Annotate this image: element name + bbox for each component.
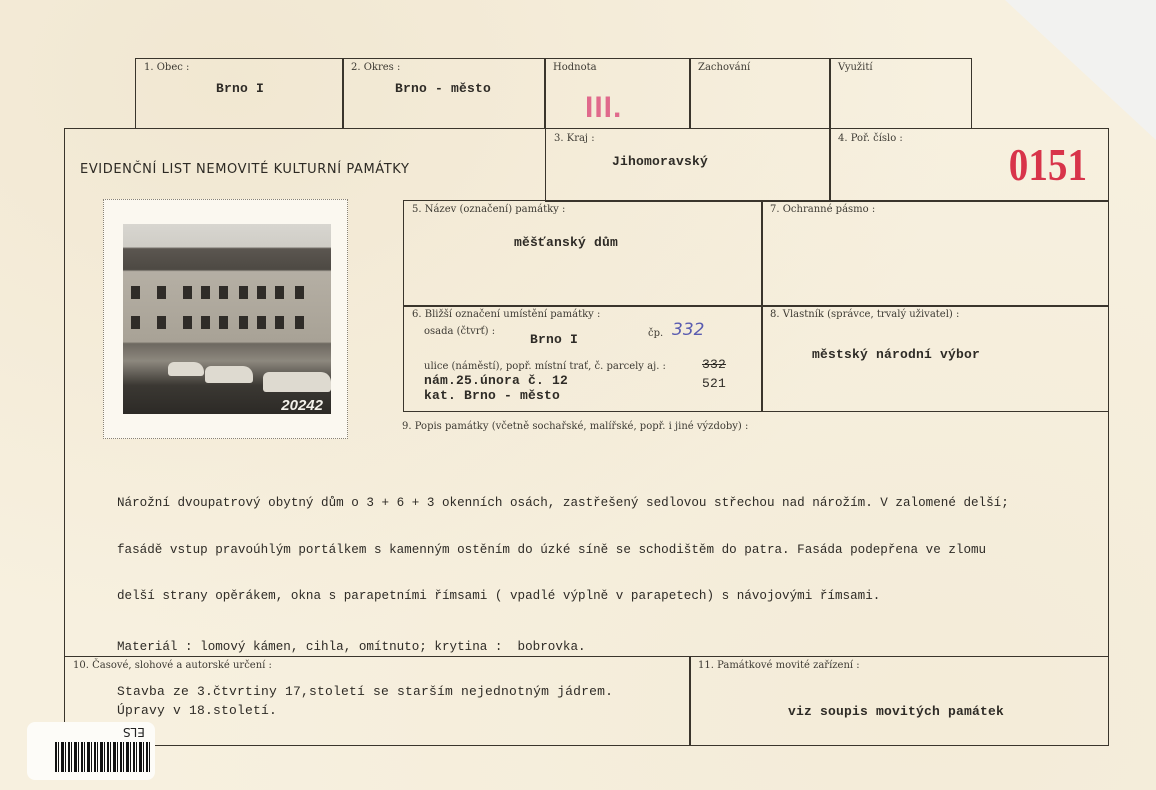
field-ulice-label: ulice (náměstí), popř. místní trať, č. p… <box>424 361 666 372</box>
field-urceni-line1: Stavba ze 3.čtvrtiny 17,století se starš… <box>117 684 613 699</box>
record-number-stamp: 0151 <box>1009 138 1087 191</box>
field-urceni-line2: Úpravy v 18.století. <box>117 703 277 718</box>
field-cp-label: čp. <box>648 328 663 339</box>
field-parcela-new: 521 <box>702 376 726 391</box>
field-zarizeni: 11. Památkové movité zařízení : viz soup… <box>689 656 1109 746</box>
field-hodnota: Hodnota III. <box>544 58 691 129</box>
field-nazev-label: 5. Název (označení) památky : <box>412 204 565 215</box>
field-umisteni-label: 6. Bližší označení umístění památky : <box>412 309 600 320</box>
field-popis-value: Nárožní dvoupatrový obytný dům o 3 + 6 +… <box>117 465 1009 686</box>
field-popis-label: 9. Popis památky (včetně sochařské, malí… <box>402 421 748 432</box>
field-okres: 2. Okres : Brno - město <box>342 58 546 129</box>
field-kraj-label: 3. Kraj : <box>554 133 595 144</box>
field-nazev: 5. Název (označení) památky : měšťanský … <box>403 200 763 307</box>
field-ochranne-pasmo: 7. Ochranné pásmo : <box>761 200 1109 307</box>
field-urceni-label: 10. Časové, slohové a autorské určení : <box>73 660 272 671</box>
field-obec: 1. Obec : Brno I <box>135 58 344 129</box>
field-osada-value: Brno I <box>530 332 578 347</box>
field-vlastnik-label: 8. Vlastník (správce, trvalý uživatel) : <box>770 309 959 320</box>
popis-material: Materiál : lomový kámen, cihla, omítnuto… <box>117 640 1009 656</box>
barcode-sticker: ELS <box>27 722 155 780</box>
field-vlastnik-value: městský národní výbor <box>812 347 980 362</box>
field-obec-value: Brno I <box>216 81 264 96</box>
field-hodnota-value: III. <box>585 91 622 125</box>
barcode-label: ELS <box>123 725 145 739</box>
popis-line: delší strany opěrákem, okna s parapetním… <box>117 589 1009 605</box>
field-zarizeni-value: viz soupis movitých památek <box>788 704 1004 719</box>
field-cp-value: 332 <box>672 320 704 340</box>
field-parcela-old: 332 <box>702 357 726 372</box>
popis-line: Nárožní dvoupatrový obytný dům o 3 + 6 +… <box>117 496 1009 512</box>
field-hodnota-label: Hodnota <box>553 62 597 73</box>
field-obec-label: 1. Obec : <box>144 62 189 73</box>
field-poradove-cislo: 4. Poř. číslo : 0151 <box>829 128 1109 202</box>
field-kraj-value: Jihomoravský <box>612 154 708 169</box>
field-ochranne-pasmo-label: 7. Ochranné pásmo : <box>770 204 875 215</box>
field-ulice-value: nám.25.února č. 12 <box>424 373 568 388</box>
document-title: EVIDENČNÍ LIST NEMOVITÉ KULTURNÍ PAMÁTKY <box>80 162 410 177</box>
field-okres-value: Brno - město <box>395 81 491 96</box>
field-okres-label: 2. Okres : <box>351 62 400 73</box>
field-urceni: 10. Časové, slohové a autorské určení : … <box>64 656 691 746</box>
photo-negative-number: 20242 <box>281 397 323 414</box>
document-sheet: 1. Obec : Brno I 2. Okres : Brno - město… <box>0 0 1156 790</box>
barcode-icon <box>55 742 150 772</box>
field-zachovani-label: Zachování <box>698 62 750 73</box>
field-katastr-value: kat. Brno - město <box>424 388 560 403</box>
popis-line: fasádě vstup pravoúhlým portálkem s kame… <box>117 543 1009 559</box>
field-poradove-cislo-label: 4. Poř. číslo : <box>838 133 903 144</box>
field-vlastnik: 8. Vlastník (správce, trvalý uživatel) :… <box>761 305 1109 412</box>
field-osada-label: osada (čtvrť) : <box>424 326 495 337</box>
building-photo: 20242 <box>123 224 331 414</box>
field-vyuziti-label: Využití <box>838 62 873 73</box>
field-kraj: 3. Kraj : Jihomoravský <box>545 128 831 202</box>
photo-frame: 20242 <box>103 199 348 439</box>
field-vyuziti: Využití <box>829 58 972 129</box>
field-zachovani: Zachování <box>689 58 831 129</box>
field-nazev-value: měšťanský dům <box>514 235 618 250</box>
field-zarizeni-label: 11. Památkové movité zařízení : <box>698 660 860 671</box>
field-umisteni: 6. Bližší označení umístění památky : os… <box>403 305 763 412</box>
